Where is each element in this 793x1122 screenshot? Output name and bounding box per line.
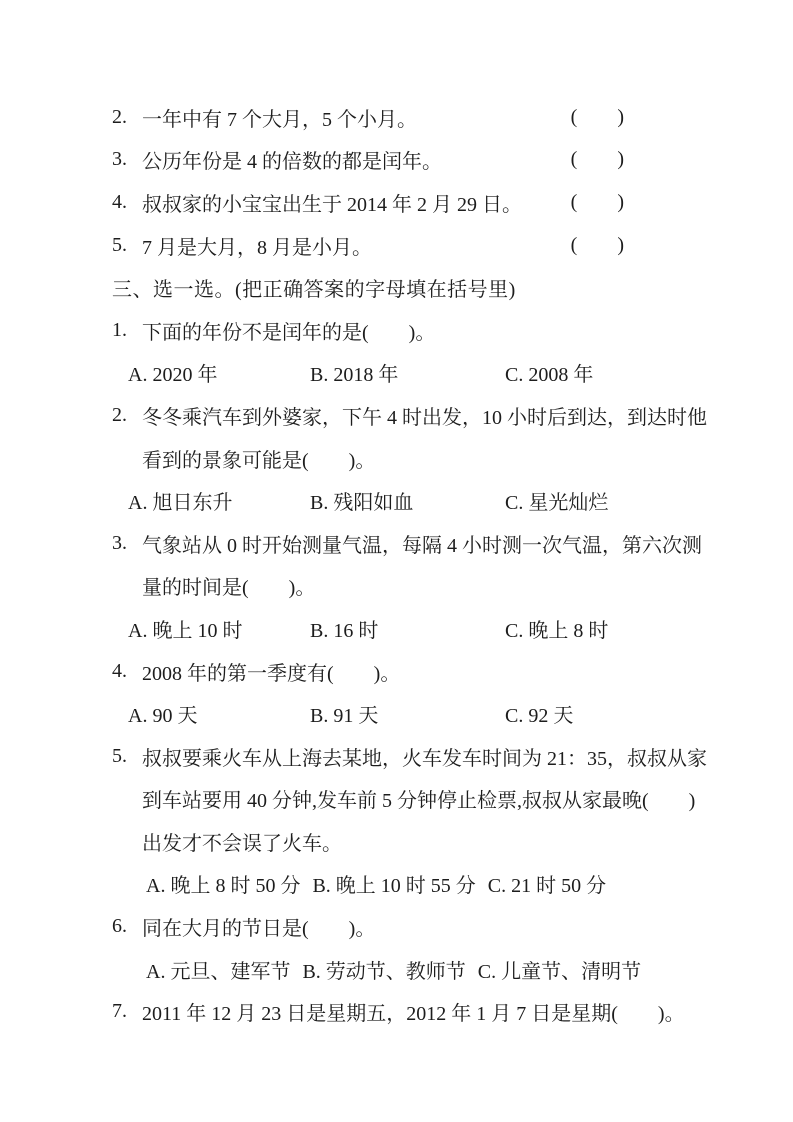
- question-text: 气象站从 0 时开始测量气温，每隔 4 小时测一次气温，第六次测: [142, 529, 702, 558]
- option-a: A. 晚上 10 时: [128, 614, 310, 643]
- question-text: 2008 年的第一季度有( )。: [142, 657, 400, 686]
- question-3-options: A. 晚上 10 时 B. 16 时 C. 晚上 8 时: [112, 607, 793, 650]
- question-2: 2. 冬冬乘汽车到外婆家，下午 4 时出发，10 小时后到达，到达时他: [112, 394, 793, 437]
- section-title: 三、选一选。(把正确答案的字母填在括号里): [112, 273, 516, 302]
- question-text: 同在大月的节日是( )。: [142, 912, 375, 941]
- true-false-item-3: 3. 公历年份是 4 的倍数的都是闰年。 ( ): [112, 139, 624, 182]
- option-b: B. 91 天: [310, 699, 505, 728]
- question-5-line3: 出发才不会误了火车。: [112, 820, 793, 863]
- option-c: C. 儿童节、清明节: [478, 955, 641, 984]
- option-b: B. 劳动节、教师节: [302, 955, 465, 984]
- question-3-line2: 量的时间是( )。: [112, 565, 793, 608]
- question-text: 2011 年 12 月 23 日是星期五，2012 年 1 月 7 日是星期( …: [142, 997, 685, 1026]
- option-b: B. 残阳如血: [310, 486, 505, 515]
- answer-parentheses: ( ): [571, 148, 624, 171]
- option-b: B. 16 时: [310, 614, 505, 643]
- question-4: 4. 2008 年的第一季度有( )。: [112, 650, 793, 693]
- question-text: 出发才不会误了火车。: [142, 827, 342, 856]
- option-c: C. 星光灿烂: [505, 486, 608, 515]
- answer-parentheses: ( ): [571, 234, 624, 257]
- question-5: 5. 叔叔要乘火车从上海去某地，火车发车时间为 21：35，叔叔从家: [112, 735, 793, 778]
- question-text: 冬冬乘汽车到外婆家，下午 4 时出发，10 小时后到达，到达时他: [142, 401, 707, 430]
- item-number: 3.: [112, 148, 142, 171]
- question-number: 4.: [112, 660, 142, 683]
- worksheet-page: 2. 一年中有 7 个大月，5 个小月。 ( ) 3. 公历年份是 4 的倍数的…: [0, 0, 793, 1122]
- question-number: 5.: [112, 745, 142, 768]
- option-c: C. 92 天: [505, 699, 573, 728]
- question-text: 量的时间是( )。: [142, 571, 315, 600]
- item-text: 叔叔家的小宝宝出生于 2014 年 2 月 29 日。: [142, 188, 522, 217]
- question-6: 6. 同在大月的节日是( )。: [112, 905, 793, 948]
- question-3: 3. 气象站从 0 时开始测量气温，每隔 4 小时测一次气温，第六次测: [112, 522, 793, 565]
- item-text: 一年中有 7 个大月，5 个小月。: [142, 103, 417, 132]
- answer-parentheses: ( ): [571, 191, 624, 214]
- option-a: A. 旭日东升: [128, 486, 310, 515]
- option-b: B. 晚上 10 时 55 分: [312, 869, 475, 898]
- question-6-options: A. 元旦、建军节 B. 劳动节、教师节 C. 儿童节、清明节: [112, 948, 793, 991]
- question-number: 1.: [112, 319, 142, 342]
- question-number: 7.: [112, 1000, 142, 1023]
- option-c: C. 21 时 50 分: [488, 869, 606, 898]
- option-a: A. 晚上 8 时 50 分: [146, 869, 300, 898]
- question-text: 下面的年份不是闰年的是( )。: [142, 316, 435, 345]
- question-4-options: A. 90 天 B. 91 天 C. 92 天: [112, 692, 793, 735]
- option-c: C. 2008 年: [505, 358, 593, 387]
- item-text: 7 月是大月，8 月是小月。: [142, 231, 372, 260]
- true-false-item-2: 2. 一年中有 7 个大月，5 个小月。 ( ): [112, 96, 624, 139]
- option-c: C. 晚上 8 时: [505, 614, 608, 643]
- question-5-line2: 到车站要用 40 分钟,发车前 5 分钟停止检票,叔叔从家最晚( ): [112, 778, 793, 821]
- question-number: 6.: [112, 915, 142, 938]
- answer-parentheses: ( ): [571, 106, 624, 129]
- question-2-options: A. 旭日东升 B. 残阳如血 C. 星光灿烂: [112, 479, 793, 522]
- question-text: 看到的景象可能是( )。: [142, 444, 375, 473]
- option-a: A. 元旦、建军节: [146, 955, 290, 984]
- question-7: 7. 2011 年 12 月 23 日是星期五，2012 年 1 月 7 日是星…: [112, 990, 793, 1033]
- option-a: A. 90 天: [128, 699, 310, 728]
- question-number: 3.: [112, 532, 142, 555]
- question-5-options: A. 晚上 8 时 50 分 B. 晚上 10 时 55 分 C. 21 时 5…: [112, 863, 793, 906]
- question-2-line2: 看到的景象可能是( )。: [112, 437, 793, 480]
- item-text: 公历年份是 4 的倍数的都是闰年。: [142, 145, 442, 174]
- true-false-item-5: 5. 7 月是大月，8 月是小月。 ( ): [112, 224, 624, 267]
- question-1: 1. 下面的年份不是闰年的是( )。: [112, 309, 793, 352]
- option-a: A. 2020 年: [128, 358, 310, 387]
- question-text: 到车站要用 40 分钟,发车前 5 分钟停止检票,叔叔从家最晚( ): [142, 784, 695, 813]
- question-number: 2.: [112, 404, 142, 427]
- section-header: 三、选一选。(把正确答案的字母填在括号里): [112, 266, 793, 309]
- item-number: 2.: [112, 106, 142, 129]
- item-number: 5.: [112, 234, 142, 257]
- question-1-options: A. 2020 年 B. 2018 年 C. 2008 年: [112, 352, 793, 395]
- item-number: 4.: [112, 191, 142, 214]
- question-text: 叔叔要乘火车从上海去某地，火车发车时间为 21：35，叔叔从家: [142, 742, 707, 771]
- option-b: B. 2018 年: [310, 358, 505, 387]
- true-false-item-4: 4. 叔叔家的小宝宝出生于 2014 年 2 月 29 日。 ( ): [112, 181, 624, 224]
